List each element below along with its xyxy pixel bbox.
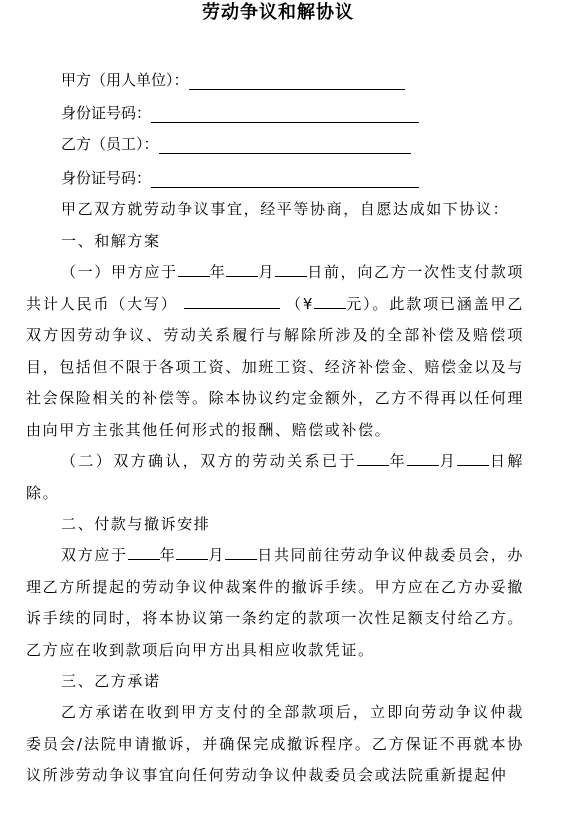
- section2-day-blank[interactable]: [225, 545, 257, 560]
- amount-figure-blank[interactable]: [314, 294, 346, 309]
- party-b-id-label: 身份证号码：: [61, 168, 151, 188]
- party-a-field: 甲方（用人单位）：: [61, 70, 405, 90]
- clause2-month-blank[interactable]: [407, 451, 439, 466]
- party-b-label: 乙方（员工）：: [61, 134, 159, 154]
- party-b-id-field: 身份证号码：: [61, 168, 419, 188]
- clause2-month-label: 月: [439, 452, 457, 470]
- party-b-id-input-line[interactable]: [151, 170, 419, 188]
- amount-words-blank[interactable]: [184, 294, 280, 309]
- document-title: 劳动争议和解协议: [0, 1, 556, 25]
- section2-year-label: 年: [160, 546, 177, 564]
- party-b-field: 乙方（员工）：: [61, 134, 411, 154]
- section1-clause1: （一）甲方应于年月日前，向乙方一次性支付款项共计人民币（大写）（¥元）。此款项已…: [26, 257, 524, 446]
- section2-month-blank[interactable]: [176, 545, 208, 560]
- party-a-input-line[interactable]: [189, 72, 405, 90]
- clause1-month-label: 月: [258, 263, 275, 281]
- section2-year-blank[interactable]: [128, 545, 160, 560]
- section2-body: 双方应于年月日共同前往劳动争议仲裁委员会，办理乙方所提起的劳动争议仲裁案件的撤诉…: [26, 540, 524, 666]
- clause1-year-blank[interactable]: [178, 262, 210, 277]
- party-b-input-line[interactable]: [159, 136, 411, 154]
- party-a-id-field: 身份证号码：: [61, 103, 419, 123]
- party-a-label: 甲方（用人单位）：: [61, 70, 189, 90]
- clause1-year-label: 年: [210, 263, 227, 281]
- clause2-text-1: （二）双方确认，双方的劳动关系已于: [61, 452, 357, 470]
- clause1-text-4: 元）。此款项已涵盖甲乙双方因劳动争议、劳动关系履行与解除所涉及的全部补偿及赔偿项…: [26, 295, 524, 439]
- section2-month-label: 月: [208, 546, 225, 564]
- section3-heading: 三、乙方承诺: [26, 666, 524, 698]
- section2-heading: 二、付款与撤诉安排: [26, 509, 524, 541]
- clause1-text-1: （一）甲方应于: [61, 263, 178, 281]
- clause1-day-blank[interactable]: [275, 262, 307, 277]
- clause2-year-blank[interactable]: [357, 451, 389, 466]
- section1-heading: 一、和解方案: [26, 226, 524, 258]
- section1-clause2: （二）双方确认，双方的劳动关系已于年月日解除。: [26, 446, 524, 509]
- party-a-id-label: 身份证号码：: [61, 103, 151, 123]
- clause1-text-3: （¥: [286, 295, 314, 313]
- intro-paragraph: 甲乙双方就劳动争议事宜，经平等协商，自愿达成如下协议：: [26, 194, 524, 226]
- section3-body: 乙方承诺在收到甲方支付的全部款项后，立即向劳动争议仲裁委员会/法院申请撤诉，并确…: [26, 697, 524, 792]
- clause2-day-blank[interactable]: [457, 451, 489, 466]
- clause1-month-blank[interactable]: [226, 262, 258, 277]
- clause2-year-label: 年: [389, 452, 407, 470]
- section2-text-1: 双方应于: [61, 546, 128, 564]
- party-a-id-input-line[interactable]: [151, 105, 419, 123]
